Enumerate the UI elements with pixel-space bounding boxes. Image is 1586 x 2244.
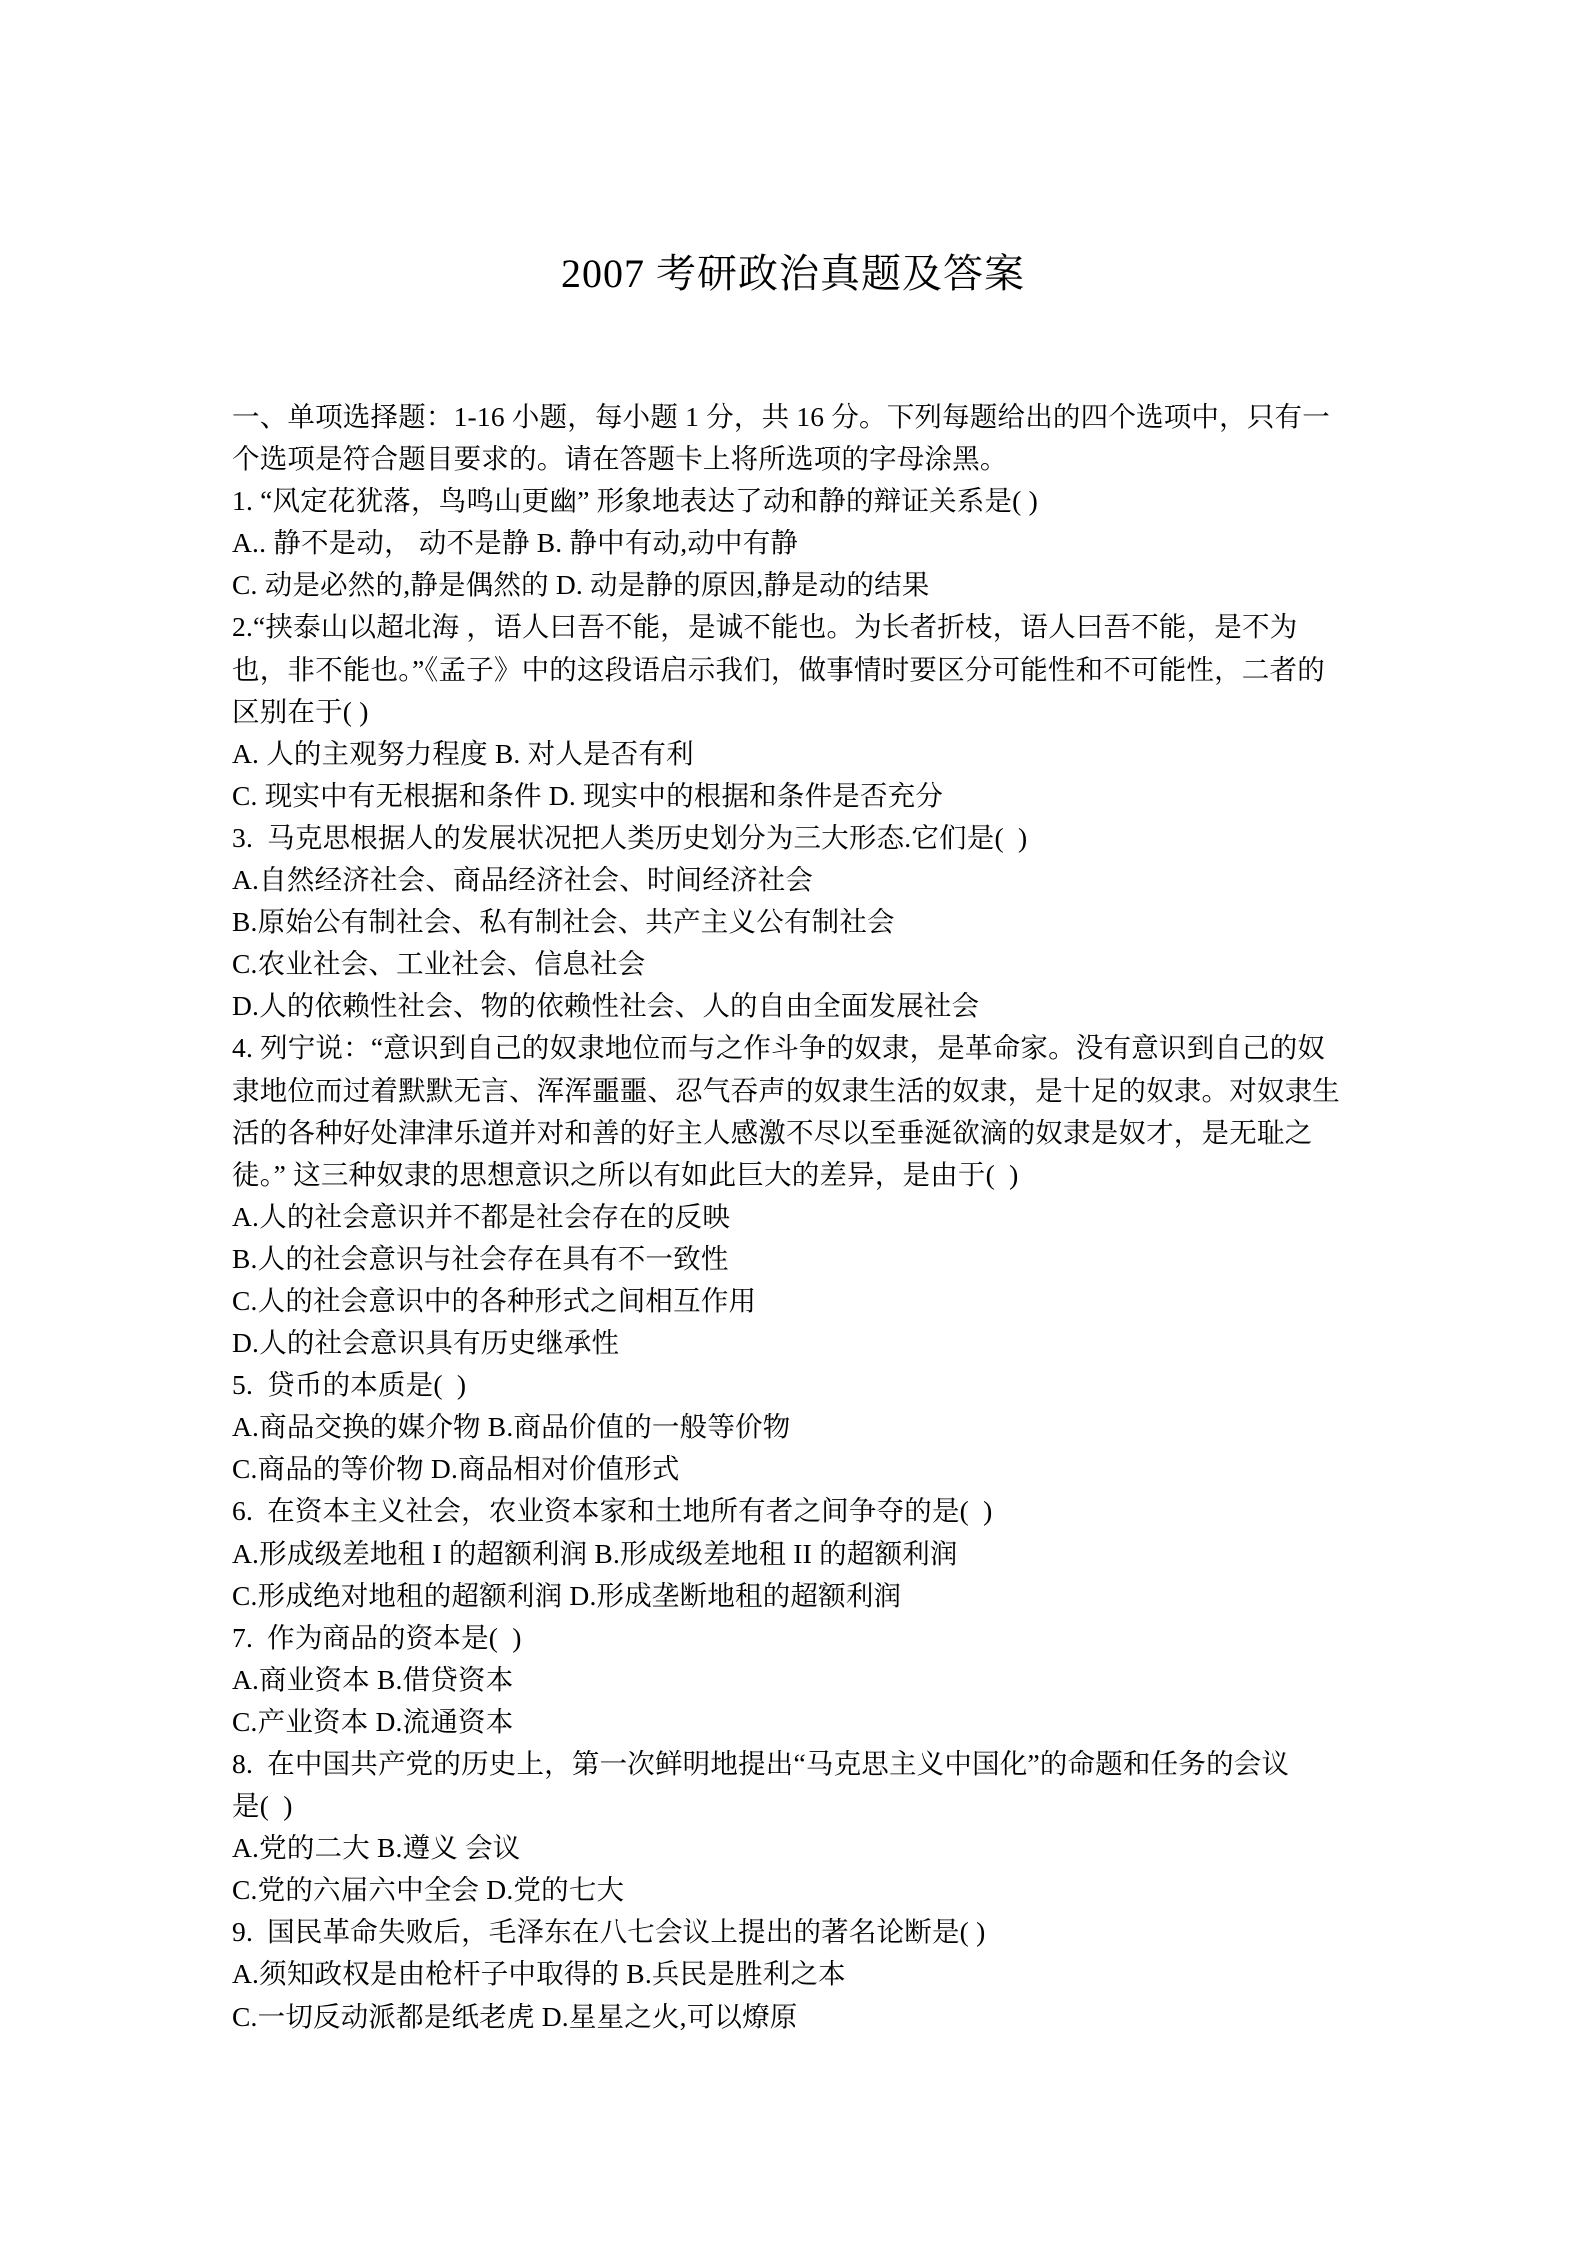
- document-body: 一、单项选择题：1-16 小题，每小题 1 分，共 16 分。下列每题给出的四个…: [232, 396, 1492, 2038]
- text-line: A.商业资本 B.借贷资本: [232, 1659, 1492, 1701]
- text-line: 活的各种好处津津乐道并对和善的好主人感激不尽以至垂涎欲滴的奴隶是奴才，是无耻之: [232, 1112, 1492, 1154]
- text-line: 3. 马克思根据人的发展状况把人类历史划分为三大形态.它们是( ): [232, 817, 1492, 859]
- question-block-6: 6. 在资本主义社会，农业资本家和土地所有者之间争夺的是( )A.形成级差地租 …: [232, 1490, 1492, 1616]
- text-line: A.自然经济社会、商品经济社会、时间经济社会: [232, 859, 1492, 901]
- text-line: C.一切反动派都是纸老虎 D.星星之火,可以燎原: [232, 1996, 1492, 2038]
- document-title: 2007 考研政治真题及答案: [0, 242, 1586, 299]
- question-block-8: 8. 在中国共产党的历史上，第一次鲜明地提出“马克思主义中国化”的命题和任务的会…: [232, 1743, 1492, 1911]
- question-block-5: 5. 贷币的本质是( )A.商品交换的媒介物 B.商品价值的一般等价物C.商品的…: [232, 1364, 1492, 1490]
- text-line: C.党的六届六中全会 D.党的七大: [232, 1869, 1492, 1911]
- text-line: 9. 国民革命失败后，毛泽东在八七会议上提出的著名论断是( ): [232, 1911, 1492, 1953]
- text-line: 6. 在资本主义社会，农业资本家和土地所有者之间争夺的是( ): [232, 1490, 1492, 1532]
- text-line: C.商品的等价物 D.商品相对价值形式: [232, 1448, 1492, 1490]
- text-line: 7. 作为商品的资本是( ): [232, 1617, 1492, 1659]
- exam-instructions: 一、单项选择题：1-16 小题，每小题 1 分，共 16 分。下列每题给出的四个…: [232, 396, 1492, 480]
- text-line: B.原始公有制社会、私有制社会、共产主义公有制社会: [232, 901, 1492, 943]
- question-block-9: 9. 国民革命失败后，毛泽东在八七会议上提出的著名论断是( )A.须知政权是由枪…: [232, 1911, 1492, 2037]
- text-line: 8. 在中国共产党的历史上，第一次鲜明地提出“马克思主义中国化”的命题和任务的会…: [232, 1743, 1492, 1785]
- question-block-7: 7. 作为商品的资本是( )A.商业资本 B.借贷资本C.产业资本 D.流通资本: [232, 1617, 1492, 1743]
- text-line: 4. 列宁说：“意识到自己的奴隶地位而与之作斗争的奴隶，是革命家。没有意识到自己…: [232, 1027, 1492, 1069]
- text-line: C.人的社会意识中的各种形式之间相互作用: [232, 1280, 1492, 1322]
- text-line: A. 人的主观努力程度 B. 对人是否有利: [232, 733, 1492, 775]
- text-line: 1. “风定花犹落，鸟鸣山更幽” 形象地表达了动和静的辩证关系是( ): [232, 480, 1492, 522]
- text-line: C. 动是必然的,静是偶然的 D. 动是静的原因,静是动的结果: [232, 564, 1492, 606]
- text-line: 5. 贷币的本质是( ): [232, 1364, 1492, 1406]
- text-line: C.形成绝对地租的超额利润 D.形成垄断地租的超额利润: [232, 1575, 1492, 1617]
- question-block-2: 2.“挟泰山以超北海 ，语人曰吾不能，是诚不能也。为长者折枝，语人曰吾不能，是不…: [232, 606, 1492, 816]
- text-line: 也，非不能也。”《孟子》中的这段语启示我们，做事情时要区分可能性和不可能性，二者…: [232, 649, 1492, 691]
- question-block-4: 4. 列宁说：“意识到自己的奴隶地位而与之作斗争的奴隶，是革命家。没有意识到自己…: [232, 1027, 1492, 1364]
- text-line: 2.“挟泰山以超北海 ，语人曰吾不能，是诚不能也。为长者折枝，语人曰吾不能，是不…: [232, 606, 1492, 648]
- text-line: C.农业社会、工业社会、信息社会: [232, 943, 1492, 985]
- text-line: 个选项是符合题目要求的。请在答题卡上将所选项的字母涂黑。: [232, 438, 1492, 480]
- text-line: 隶地位而过着默默无言、浑浑噩噩、忍气吞声的奴隶生活的奴隶，是十足的奴隶。对奴隶生: [232, 1070, 1492, 1112]
- text-line: A.商品交换的媒介物 B.商品价值的一般等价物: [232, 1406, 1492, 1448]
- text-line: D.人的依赖性社会、物的依赖性社会、人的自由全面发展社会: [232, 985, 1492, 1027]
- text-line: B.人的社会意识与社会存在具有不一致性: [232, 1238, 1492, 1280]
- text-line: C. 现实中有无根据和条件 D. 现实中的根据和条件是否充分: [232, 775, 1492, 817]
- text-line: 徒。” 这三种奴隶的思想意识之所以有如此巨大的差异，是由于( ): [232, 1154, 1492, 1196]
- question-block-1: 1. “风定花犹落，鸟鸣山更幽” 形象地表达了动和静的辩证关系是( )A.. 静…: [232, 480, 1492, 606]
- document-page: 2007 考研政治真题及答案 一、单项选择题：1-16 小题，每小题 1 分，共…: [0, 0, 1586, 2244]
- text-line: A.. 静不是动， 动不是静 B. 静中有动,动中有静: [232, 522, 1492, 564]
- text-line: D.人的社会意识具有历史继承性: [232, 1322, 1492, 1364]
- text-line: 区别在于( ): [232, 691, 1492, 733]
- question-block-3: 3. 马克思根据人的发展状况把人类历史划分为三大形态.它们是( )A.自然经济社…: [232, 817, 1492, 1027]
- text-line: A.形成级差地租 I 的超额利润 B.形成级差地租 II 的超额利润: [232, 1533, 1492, 1575]
- text-line: C.产业资本 D.流通资本: [232, 1701, 1492, 1743]
- text-line: 是( ): [232, 1785, 1492, 1827]
- text-line: 一、单项选择题：1-16 小题，每小题 1 分，共 16 分。下列每题给出的四个…: [232, 396, 1492, 438]
- text-line: A.党的二大 B.遵义 会议: [232, 1827, 1492, 1869]
- text-line: A.须知政权是由枪杆子中取得的 B.兵民是胜利之本: [232, 1953, 1492, 1995]
- text-line: A.人的社会意识并不都是社会存在的反映: [232, 1196, 1492, 1238]
